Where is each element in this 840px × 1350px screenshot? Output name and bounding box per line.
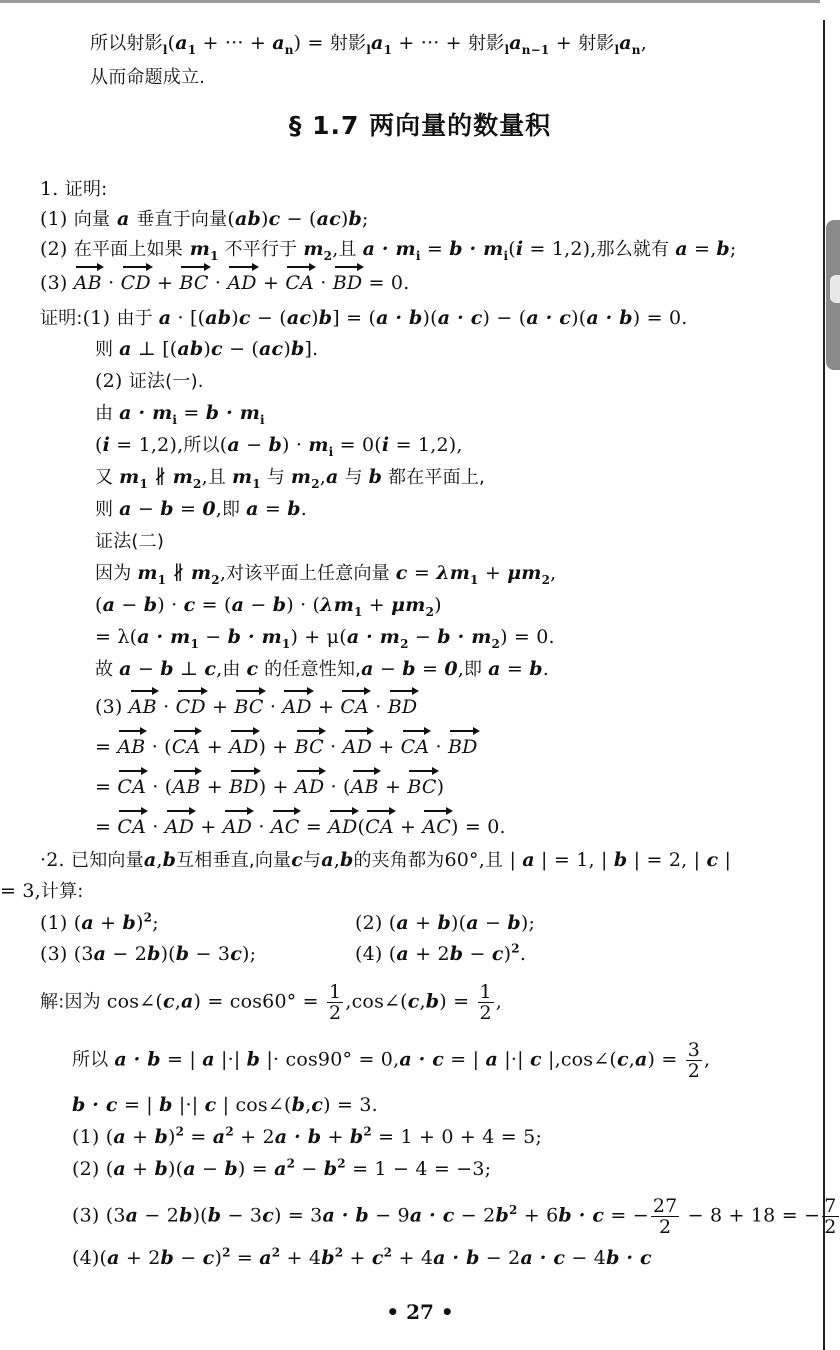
math-symbol: a · c	[399, 1049, 444, 1071]
text-run: = 1,2),	[110, 434, 183, 456]
text-run: )(	[451, 912, 466, 934]
math-symbol: b	[614, 849, 628, 871]
vector-symbol: AD	[328, 814, 357, 840]
subscript: 1	[470, 573, 479, 587]
text-run: −	[132, 498, 161, 520]
math-symbol: b	[529, 658, 543, 680]
math-symbol: b	[160, 658, 174, 680]
superscript: 2	[225, 1125, 234, 1139]
text-run: ·	[324, 736, 343, 758]
text-run: 由	[95, 403, 119, 424]
subscript: i	[260, 413, 265, 427]
text-run: ·	[252, 816, 271, 838]
superscript: 2	[222, 1246, 231, 1260]
text-run: 且	[208, 467, 232, 488]
text-run: + ··· +	[196, 32, 272, 54]
math-symbol: b	[402, 658, 416, 680]
vector-symbol: CD	[121, 270, 151, 296]
text-run: +	[151, 272, 180, 294]
text-line: (2) 证法(一).	[95, 368, 204, 395]
text-run: − 4	[565, 1247, 606, 1269]
math-symbol: a	[175, 32, 188, 54]
subscript: 1	[139, 477, 148, 491]
math-symbol: b	[176, 943, 190, 965]
superscript: 2	[144, 911, 153, 925]
vector-symbol: AD	[227, 270, 256, 296]
text-line: 则 a − b = 0,即 a = b.	[95, 496, 307, 523]
text-run: =	[95, 816, 117, 838]
text-run: · (	[324, 776, 350, 798]
text-line: (3) (3a − 2b)(b − 3c);	[40, 941, 256, 967]
subscript: 1	[188, 43, 197, 57]
fraction: 12	[327, 982, 343, 1023]
subscript: n−1	[522, 43, 550, 57]
text-line: 1. 证明:	[40, 176, 107, 203]
vector-symbol: BD	[388, 694, 418, 720]
math-symbol: b · m	[437, 626, 491, 648]
math-symbol: c	[204, 658, 216, 680]
math-symbol: λm	[320, 594, 354, 616]
subscript: 1	[190, 637, 199, 651]
page-top-edge	[0, 0, 820, 3]
text-run: +	[363, 594, 392, 616]
text-line: 故 a − b ⊥ c,由 c 的任意性知,a − b = 0,即 a = b.	[95, 656, 549, 683]
math-symbol: a	[113, 1126, 126, 1148]
text-run: = 1 + 0 + 4 = 5;	[372, 1126, 542, 1148]
text-run: −	[463, 943, 492, 965]
text-run: 即	[222, 499, 246, 520]
subscript: 1	[252, 477, 261, 491]
text-run: 所以射影	[90, 33, 163, 54]
vector-symbol: AB	[74, 270, 102, 296]
text-run: +	[126, 1126, 155, 1148]
text-run: | = 2, |	[627, 849, 706, 871]
math-symbol: a	[259, 1247, 272, 1269]
math-symbol: λm	[436, 562, 470, 584]
text-run: 与	[303, 850, 321, 871]
text-run: = 3,	[0, 880, 41, 902]
text-run: ∦	[166, 562, 191, 584]
subscript: n	[285, 43, 294, 57]
math-symbol: a · b	[275, 1126, 321, 1148]
text-line: b · c = | b |·| c | cos∠(b,c) = 3.	[72, 1092, 378, 1118]
text-run: 的夹角都为	[353, 850, 444, 871]
text-run: = −	[604, 1205, 649, 1227]
math-symbol: m	[183, 238, 210, 260]
math-symbol: m	[173, 466, 193, 488]
math-symbol: b	[155, 1158, 169, 1180]
math-symbol: a	[144, 849, 157, 871]
math-symbol: a · m	[363, 238, 416, 260]
text-run: ) +	[259, 776, 295, 798]
subscript: 2	[400, 637, 409, 651]
text-run: )(	[161, 943, 176, 965]
text-run: +	[549, 32, 578, 54]
text-run: );	[521, 912, 535, 934]
text-run: (4)(	[72, 1247, 107, 1269]
text-run: ) = cos60° =	[194, 991, 326, 1013]
subscript: 1	[384, 43, 393, 57]
text-run: =	[231, 1247, 260, 1269]
text-line: (1) (a + b)2;	[40, 910, 159, 936]
text-run: =	[95, 736, 117, 758]
math-symbol: c	[706, 849, 718, 871]
text-run: −	[409, 626, 438, 648]
text-run: 射影	[578, 33, 614, 54]
math-symbol: b	[160, 498, 174, 520]
math-symbol: b	[324, 1158, 338, 1180]
math-symbol: b	[340, 849, 354, 871]
text-run: =	[501, 658, 530, 680]
text-run: +	[94, 912, 123, 934]
math-symbol: a · m	[137, 626, 190, 648]
text-run: =	[259, 498, 288, 520]
text-run: ) =	[294, 32, 330, 54]
vector-symbol: AC	[271, 814, 300, 840]
math-symbol: a	[213, 1126, 226, 1148]
superscript: 2	[337, 1157, 346, 1171]
math-symbol: b	[348, 208, 362, 230]
math-symbol: 0	[202, 498, 215, 520]
vector-symbol: BD	[333, 270, 363, 296]
text-run: +	[343, 1247, 372, 1269]
text-run: =	[184, 1126, 213, 1148]
text-run: )	[311, 307, 319, 329]
math-symbol: 0	[444, 658, 457, 680]
text-run: = λ(	[95, 626, 137, 648]
math-symbol: b	[179, 1205, 193, 1227]
math-symbol: a	[119, 498, 132, 520]
text-run: .	[543, 658, 549, 680]
math-symbol: b	[292, 1094, 306, 1116]
text-run: ) = 0.	[633, 307, 688, 329]
superscript: 2	[511, 942, 520, 956]
text-run: (2) (	[72, 1158, 113, 1180]
math-symbol: b	[426, 991, 440, 1013]
text-line: (2) (a + b)(a − b);	[355, 910, 535, 936]
math-symbol: a	[181, 991, 194, 1013]
math-symbol: a	[110, 208, 136, 230]
text-run: = 0.	[362, 272, 409, 294]
text-line: 又 m1 ∦ m2,且 m1 与 m2,a 与 b 都在平面上,	[95, 464, 485, 491]
text-run: = |	[118, 1094, 159, 1116]
text-run: ) = 0.	[500, 626, 555, 648]
text-run: ) = 3	[274, 1205, 323, 1227]
text-run: − 9	[369, 1205, 410, 1227]
subscript: 2	[324, 249, 333, 263]
text-run: | = 1, |	[535, 849, 614, 871]
text-run: |	[718, 849, 731, 871]
text-run: +	[479, 562, 508, 584]
text-line: 证法(二)	[95, 528, 164, 555]
text-run: )	[203, 338, 211, 360]
text-run: ) =	[648, 1049, 684, 1071]
text-run: ·	[264, 696, 283, 718]
text-run: · (	[145, 736, 171, 758]
vector-symbol: AC	[422, 814, 451, 840]
math-symbol: m	[191, 562, 211, 584]
page-number: • 27 •	[0, 1300, 840, 1324]
vector-symbol: BC	[234, 694, 263, 720]
text-run: +	[312, 696, 341, 718]
text-run: ·	[102, 272, 121, 294]
vector-symbol: BC	[179, 270, 208, 296]
text-run: = (	[195, 594, 231, 616]
text-run: 则	[95, 339, 119, 360]
subscript: 2	[542, 573, 551, 587]
text-run: − 2	[455, 1205, 496, 1227]
math-symbol: b	[224, 1158, 238, 1180]
math-symbol: b	[319, 307, 333, 329]
math-symbol: b	[161, 1247, 175, 1269]
text-run: )	[437, 776, 445, 798]
math-symbol: c	[396, 562, 408, 584]
text-run: −	[244, 594, 273, 616]
math-symbol: b	[287, 498, 301, 520]
math-symbol: a	[232, 594, 245, 616]
text-run: =	[299, 816, 328, 838]
text-run: − 2	[480, 1247, 521, 1269]
superscript: 2	[363, 1125, 372, 1139]
math-symbol: b	[123, 912, 137, 934]
math-symbol: m	[137, 562, 157, 584]
math-symbol: b	[507, 912, 521, 934]
math-symbol: b	[495, 1205, 509, 1227]
text-run: )	[214, 1247, 222, 1269]
text-line: 证明:(1) 由于 a · [(ab)c − (ac)b] = (a · b)(…	[40, 305, 688, 332]
math-symbol: b	[268, 434, 282, 456]
text-run: 1.	[40, 178, 65, 200]
text-line: (a − b) · c = (a − b) · (λm1 + μm2)	[95, 592, 442, 618]
vector-symbol: BC	[407, 774, 436, 800]
text-run: ) = 3.	[323, 1094, 378, 1116]
vector-symbol: BD	[448, 734, 478, 760]
text-run: | cos∠(	[216, 1094, 291, 1116]
text-run: .	[520, 943, 526, 965]
text-line: (1) (a + b)2 = a2 + 2a · b + b2 = 1 + 0 …	[72, 1124, 542, 1150]
text-line: 从而命题成立.	[90, 64, 205, 91]
text-run: −	[295, 1158, 324, 1180]
text-run: )	[283, 338, 291, 360]
math-symbol: m	[232, 466, 252, 488]
math-symbol: a	[272, 32, 285, 54]
subscript: 2	[211, 573, 220, 587]
fraction: 272	[651, 1196, 680, 1237]
text-run: 互相垂直,向量	[176, 850, 291, 871]
text-run: 即	[464, 659, 488, 680]
text-run: (1)	[40, 208, 74, 230]
math-symbol: a	[126, 1205, 139, 1227]
superscript: 2	[509, 1203, 518, 1217]
text-run: ·	[157, 696, 176, 718]
vector-symbol: CA	[117, 814, 146, 840]
vector-symbol: CD	[176, 694, 206, 720]
text-run: cos∠(	[107, 991, 163, 1013]
text-run: (3)	[40, 272, 74, 294]
math-symbol: a	[635, 1049, 648, 1071]
math-symbol: b	[144, 594, 158, 616]
text-run: (	[95, 434, 103, 456]
text-run: 又	[95, 467, 119, 488]
text-run: −	[132, 658, 161, 680]
math-symbol: m	[308, 434, 328, 456]
text-run: 因为	[95, 563, 137, 584]
text-run: −	[174, 1247, 203, 1269]
text-run: + 4	[392, 1247, 433, 1269]
text-run: );	[242, 943, 256, 965]
math-symbol: a	[326, 466, 339, 488]
text-run: ;	[362, 208, 369, 230]
text-run: +	[126, 1158, 155, 1180]
math-symbol: ac	[287, 307, 311, 329]
text-run: 已知向量	[71, 850, 144, 871]
subscript: 2	[311, 477, 320, 491]
section-title: § 1.7 两向量的数量积	[0, 106, 840, 142]
text-run: ⊥ [(	[132, 338, 178, 360]
text-run: (2)	[95, 370, 129, 392]
vector-symbol: BD	[229, 774, 259, 800]
math-symbol: a	[107, 1247, 120, 1269]
math-symbol: c	[239, 307, 251, 329]
text-line: (4) (a + 2b − c)2.	[355, 941, 526, 967]
vector-symbol: CA	[365, 814, 394, 840]
math-symbol: c	[492, 943, 504, 965]
text-run: 且	[338, 239, 362, 260]
text-run: −	[240, 434, 269, 456]
text-line: (3) AB · CD + BC · AD + CA · BD	[95, 694, 417, 720]
math-symbol: a · c	[520, 1247, 565, 1269]
text-run: 与	[261, 467, 291, 488]
text-run: |	[503, 849, 522, 871]
text-run: = 1,2),	[389, 434, 462, 456]
text-line: 所以 a · b = | a |·| b |· cos90° = 0,a · c…	[72, 1040, 710, 1081]
text-run: 证明:	[65, 179, 108, 200]
text-run: +	[194, 816, 223, 838]
text-run: ;	[730, 238, 737, 260]
superscript: 2	[335, 1246, 344, 1260]
vector-symbol: AD	[343, 734, 372, 760]
math-symbol: a · b	[114, 1049, 160, 1071]
text-line: = AB · (CA + AD) + BC · AD + CA · BD	[95, 734, 478, 760]
text-run: (1) (	[40, 912, 81, 934]
text-line: = CA · AD + AD · AC = AD(CA + AC) = 0.	[95, 814, 506, 840]
text-run: 不平行于	[219, 239, 304, 260]
text-run: =	[174, 498, 203, 520]
chapter-thumb-tab	[826, 220, 840, 370]
text-run: 则	[95, 499, 119, 520]
vector-symbol: CA	[172, 734, 201, 760]
text-run: 都在平面上,	[382, 467, 485, 488]
text-run: 那么就有	[597, 239, 676, 260]
text-run: ,	[496, 991, 502, 1013]
text-run: .	[301, 498, 307, 520]
text-run: +	[200, 776, 229, 798]
math-symbol: a · c	[438, 307, 483, 329]
math-symbol: ac	[259, 338, 283, 360]
text-run: + 6	[518, 1205, 559, 1227]
text-run: ⊥	[174, 658, 205, 680]
subscript: 1	[158, 573, 167, 587]
text-run: =	[416, 658, 445, 680]
text-run: (3) (3	[72, 1205, 126, 1227]
text-run: = |	[444, 1049, 485, 1071]
text-run: 对该平面上任意向量	[226, 563, 396, 584]
math-symbol: μm	[507, 562, 541, 584]
math-symbol: b · c	[558, 1205, 604, 1227]
text-line: = 3,计算:	[0, 878, 84, 905]
text-run: (	[508, 238, 516, 260]
text-run: ,	[641, 32, 647, 54]
text-run: +	[200, 736, 229, 758]
text-run: 向量	[74, 209, 110, 230]
text-run: −	[196, 1158, 225, 1180]
math-symbol: a · m	[119, 402, 172, 424]
math-symbol: c	[184, 594, 196, 616]
subscript: 1	[354, 605, 363, 619]
math-symbol: c	[291, 849, 303, 871]
math-symbol: a · c	[526, 307, 571, 329]
subscript: 2	[426, 605, 435, 619]
text-run: =	[688, 238, 717, 260]
text-run: 的任意性知,	[258, 659, 361, 680]
text-run: − 2	[138, 1205, 179, 1227]
math-symbol: c	[163, 991, 175, 1013]
vector-symbol: CA	[117, 774, 146, 800]
math-symbol: ab	[235, 208, 261, 230]
superscript: 2	[176, 1125, 185, 1139]
text-run: + 4	[280, 1247, 321, 1269]
math-symbol: a	[183, 1158, 196, 1180]
text-line: ·2. 已知向量a,b互相垂直,向量c与a,b的夹角都为60°,且 | a | …	[40, 847, 731, 874]
math-symbol: a	[486, 1049, 499, 1071]
fraction: 72	[822, 1196, 838, 1237]
math-symbol: b	[155, 1126, 169, 1148]
math-symbol: a	[396, 912, 409, 934]
vector-symbol: AB	[117, 734, 145, 760]
text-run: ·	[314, 272, 333, 294]
math-symbol: a	[466, 912, 479, 934]
text-run: ) =	[238, 1158, 274, 1180]
math-symbol: b	[369, 466, 383, 488]
text-line: (3) (3a − 2b)(b − 3c) = 3a · b − 9a · c …	[72, 1196, 840, 1237]
math-symbol: a	[119, 338, 132, 360]
math-symbol: b	[321, 1247, 335, 1269]
math-symbol: a	[202, 1049, 215, 1071]
superscript: 2	[384, 1246, 393, 1260]
math-symbol: c	[372, 1247, 384, 1269]
math-symbol: m	[291, 466, 311, 488]
math-symbol: b	[716, 238, 730, 260]
text-run: +	[394, 816, 423, 838]
math-symbol: m	[303, 238, 323, 260]
text-run: |·|	[498, 1049, 530, 1071]
text-line: (3) AB · CD + BC · AD + CA · BD = 0.	[40, 270, 409, 296]
text-line: 由 a · mi = b · mi	[95, 400, 265, 427]
text-run: |· cos90° = 0,	[260, 1049, 399, 1071]
text-run: − 8 + 18 = −	[681, 1205, 820, 1227]
text-run: ·	[146, 816, 165, 838]
text-run: −	[374, 658, 403, 680]
text-run: |·|	[215, 1049, 247, 1071]
text-run: ,	[550, 562, 556, 584]
math-symbol: μm	[391, 594, 425, 616]
vector-symbol: CA	[285, 270, 314, 296]
math-symbol: c	[617, 1049, 629, 1071]
text-run: ) ·	[282, 434, 308, 456]
text-run: ] = (	[332, 307, 376, 329]
text-run: )(	[423, 307, 438, 329]
vector-symbol: AD	[282, 694, 311, 720]
